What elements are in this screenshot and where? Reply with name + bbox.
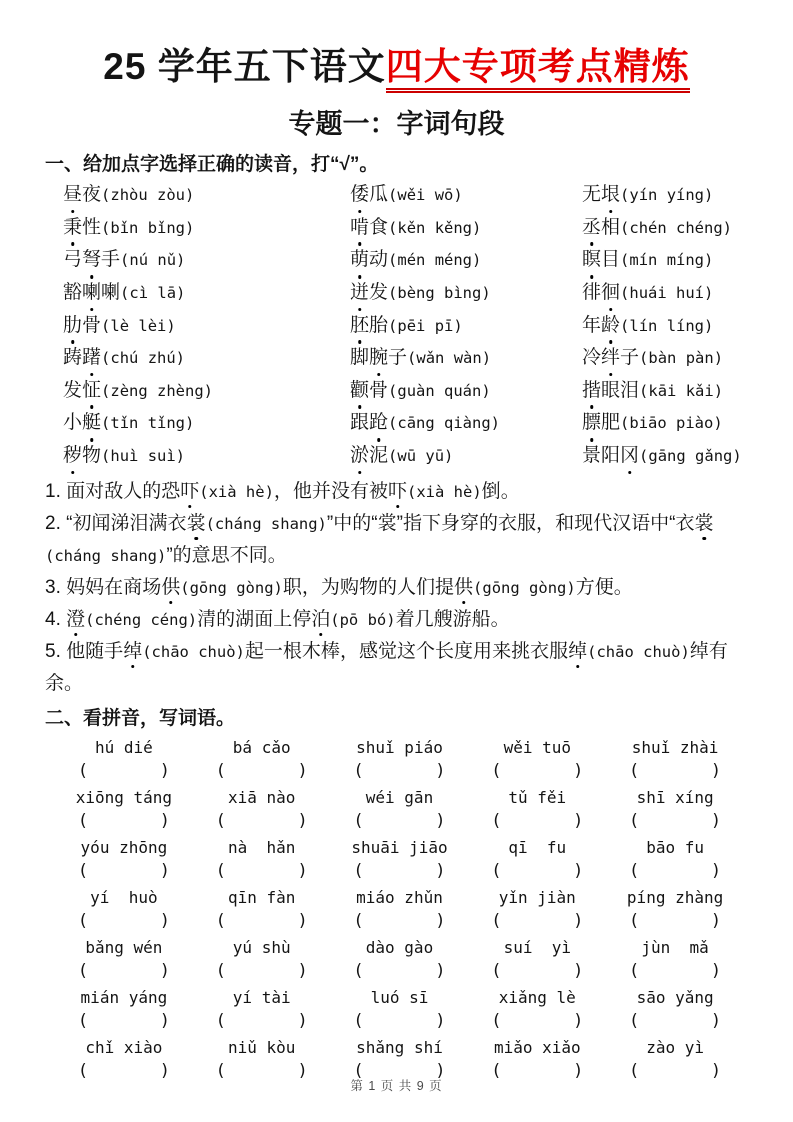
- pinyin-cell: miáo zhǔn( ): [331, 885, 469, 935]
- pinyin-word: chǐ xiào: [55, 1036, 193, 1060]
- word-item: 跟跄(cāng qiàng): [350, 407, 582, 440]
- pinyin-cell: bǎng wén( ): [55, 935, 193, 985]
- sentence: 1. 面对敌人的恐吓(xià hè)，他并没有被吓(xià hè)倒。: [45, 476, 748, 508]
- emphasized-character: 倭: [350, 179, 369, 212]
- pinyin-cell: yú shù( ): [193, 935, 331, 985]
- pinyin-cell: yóu zhōng( ): [55, 835, 193, 885]
- sentence: 5. 他随手绰(chāo chuò)起一根木棒，感觉这个长度用来挑衣服绰(chā…: [45, 636, 748, 699]
- emphasized-character: 躇: [82, 342, 101, 375]
- pinyin-options: (chāo chuò): [587, 643, 690, 661]
- pinyin-options: (gōng gòng): [473, 579, 576, 597]
- pinyin-word: sāo yǎng: [606, 986, 744, 1010]
- answer-blank: ( ): [606, 960, 744, 983]
- pinyin-options: (pēi pī): [388, 317, 463, 335]
- emphasized-character: 裳: [187, 508, 206, 539]
- pinyin-word: yóu zhōng: [55, 836, 193, 860]
- pinyin-cell: xiǎng lè( ): [468, 985, 606, 1035]
- pinyin-options: (xià hè): [199, 483, 274, 501]
- pinyin-cell: hú dié( ): [55, 735, 193, 785]
- page-number: 第 1 页 共 9 页: [0, 1076, 793, 1094]
- pinyin-word: bāo fu: [606, 836, 744, 860]
- sentence: 3. 妈妈在商场供(gōng gòng)职，为购物的人们提供(gōng gòng…: [45, 572, 748, 604]
- pinyin-word: yǐn jiàn: [468, 886, 606, 910]
- pinyin-options: (chéng céng): [85, 611, 197, 629]
- pinyin-cell: shuǐ zhài( ): [606, 735, 744, 785]
- word-item: 景阳冈(gāng gǎng): [582, 440, 748, 473]
- answer-blank: ( ): [468, 960, 606, 983]
- word-item: 啃食(kěn kěng): [350, 212, 582, 245]
- pinyin-options: (zèng zhèng): [101, 382, 213, 400]
- word-item: 瞑目(mín míng): [582, 244, 748, 277]
- emphasized-character: 昼: [63, 179, 82, 212]
- emphasized-character: 腕: [369, 342, 388, 375]
- emphasized-character: 胚: [350, 310, 369, 343]
- sentence: 4. 澄(chéng céng)清的湖面上停泊(pō bó)着几艘游船。: [45, 604, 748, 636]
- page-title-red-part: 四大专项考点精炼: [386, 46, 690, 93]
- pinyin-word: hú dié: [55, 736, 193, 760]
- answer-blank: ( ): [55, 910, 193, 933]
- pinyin-options: (bèng bìng): [388, 284, 491, 302]
- answer-blank: ( ): [193, 860, 331, 883]
- pinyin-cell: xiā nào( ): [193, 785, 331, 835]
- word-item: 丞相(chén chéng): [582, 212, 748, 245]
- pinyin-word: shuǐ piáo: [331, 736, 469, 760]
- answer-blank: ( ): [468, 760, 606, 783]
- word-item: 踌躇(chú zhú): [63, 342, 350, 375]
- word-item: 秽物(huì suì): [63, 440, 350, 473]
- emphasized-character: 绰: [123, 636, 142, 667]
- pinyin-options: (wū yū): [388, 447, 453, 465]
- pinyin-options: (cháng shang): [45, 547, 166, 565]
- pinyin-word: miǎo xiǎo: [468, 1036, 606, 1060]
- pinyin-cell: jùn mǎ( ): [606, 935, 744, 985]
- word-item: 无垠(yín yíng): [582, 179, 748, 212]
- worksheet-page: 25 学年五下语文四大专项考点精炼 专题一：字词句段 一、给加点字选择正确的读音…: [0, 0, 793, 1122]
- pinyin-cell: shuāi jiāo( ): [331, 835, 469, 885]
- section1-heading: 一、给加点字选择正确的读音，打“√”。: [45, 149, 748, 176]
- pinyin-options: (guàn quán): [388, 382, 491, 400]
- pinyin-options: (wǎn wàn): [407, 349, 491, 367]
- emphasized-character: 揩: [582, 375, 601, 408]
- emphasized-character: 垠: [601, 179, 620, 212]
- answer-blank: ( ): [193, 760, 331, 783]
- word-item: 脚腕子(wǎn wàn): [350, 342, 582, 375]
- pinyin-word: xiōng táng: [55, 786, 193, 810]
- emphasized-character: 秉: [63, 212, 82, 245]
- answer-blank: ( ): [331, 910, 469, 933]
- pinyin-cell: mián yáng( ): [55, 985, 193, 1035]
- word-item: 秉性(bǐn bǐng): [63, 212, 350, 245]
- pinyin-word: shī xíng: [606, 786, 744, 810]
- emphasized-character: 瞑: [582, 244, 601, 277]
- pinyin-options: (cāng qiàng): [388, 414, 500, 432]
- pinyin-options: (chén chéng): [620, 219, 732, 237]
- emphasized-character: 肋: [63, 310, 82, 343]
- answer-blank: ( ): [331, 1010, 469, 1033]
- answer-blank: ( ): [55, 1010, 193, 1033]
- answer-blank: ( ): [193, 960, 331, 983]
- word-item: 肋骨(lè lèi): [63, 310, 350, 343]
- emphasized-character: 泊: [311, 604, 330, 635]
- word-item: 豁喇喇(cì lā): [63, 277, 350, 310]
- pinyin-word: píng zhàng: [606, 886, 744, 910]
- word-item: 冷绊子(bàn pàn): [582, 342, 748, 375]
- emphasized-character: 膘: [582, 407, 601, 440]
- pinyin-word: shuāi jiāo: [331, 836, 469, 860]
- emphasized-character: 啃: [350, 212, 369, 245]
- pinyin-cell: luó sī( ): [331, 985, 469, 1035]
- answer-blank: ( ): [468, 860, 606, 883]
- answer-blank: ( ): [606, 760, 744, 783]
- pinyin-word: yú shù: [193, 936, 331, 960]
- answer-blank: ( ): [331, 960, 469, 983]
- pinyin-options: (bǐn bǐng): [101, 219, 194, 237]
- pinyin-options: (chāo chuò): [142, 643, 245, 661]
- emphasized-character: 喇: [82, 277, 101, 310]
- emphasized-character: 萌: [350, 244, 369, 277]
- pinyin-cell: wěi tuō( ): [468, 735, 606, 785]
- pinyin-word: shǎng shí: [331, 1036, 469, 1060]
- pinyin-options: (chú zhú): [101, 349, 185, 367]
- emphasized-character: 冈: [620, 440, 639, 473]
- pinyin-word: xiā nào: [193, 786, 331, 810]
- pinyin-options: (mín míng): [620, 251, 713, 269]
- emphasized-character: 丞: [582, 212, 601, 245]
- emphasized-character: 艇: [82, 407, 101, 440]
- emphasized-character: 淤: [350, 440, 369, 473]
- pinyin-options: (nú nǔ): [120, 251, 185, 269]
- emphasized-character: 吓: [388, 476, 407, 507]
- word-item: 颧骨(guàn quán): [350, 375, 582, 408]
- pinyin-word: bǎng wén: [55, 936, 193, 960]
- pinyin-options: (gōng gòng): [180, 579, 283, 597]
- pinyin-cell: qīn fàn( ): [193, 885, 331, 935]
- pinyin-cell: nà hǎn( ): [193, 835, 331, 885]
- answer-blank: ( ): [606, 810, 744, 833]
- pinyin-word: qī fu: [468, 836, 606, 860]
- answer-blank: ( ): [606, 860, 744, 883]
- pinyin-options: (huì suì): [101, 447, 185, 465]
- sentence: 2. “初闻涕泪满衣裳(cháng shang)”中的“裳”指下身穿的衣服，和现…: [45, 508, 748, 572]
- sentence-list: 1. 面对敌人的恐吓(xià hè)，他并没有被吓(xià hè)倒。2. “初…: [45, 476, 748, 699]
- pinyin-cell: yí tài( ): [193, 985, 331, 1035]
- answer-blank: ( ): [193, 910, 331, 933]
- word-item: 淤泥(wū yū): [350, 440, 582, 473]
- pinyin-cell: yí huò( ): [55, 885, 193, 935]
- pinyin-options: (cháng shang): [206, 515, 327, 533]
- pinyin-word: wéi gān: [331, 786, 469, 810]
- word-item: 迸发(bèng bìng): [350, 277, 582, 310]
- answer-blank: ( ): [331, 860, 469, 883]
- word-item: 弓弩手(nú nǔ): [63, 244, 350, 277]
- pinyin-word: niǔ kòu: [193, 1036, 331, 1060]
- pinyin-options: (lín líng): [620, 317, 713, 335]
- pinyin-word: luó sī: [331, 986, 469, 1010]
- answer-blank: ( ): [606, 910, 744, 933]
- pinyin-cell: sāo yǎng( ): [606, 985, 744, 1035]
- pinyin-word: xiǎng lè: [468, 986, 606, 1010]
- pinyin-word: qīn fàn: [193, 886, 331, 910]
- topic-subtitle: 专题一：字词句段: [45, 102, 748, 141]
- pinyin-options: (huái huí): [620, 284, 713, 302]
- answer-blank: ( ): [468, 910, 606, 933]
- pinyin-word: mián yáng: [55, 986, 193, 1010]
- answer-blank: ( ): [55, 860, 193, 883]
- pinyin-word: miáo zhǔn: [331, 886, 469, 910]
- emphasized-character: 供: [454, 572, 473, 603]
- pinyin-writing-grid: hú dié( )bá cǎo( )shuǐ piáo( )wěi tuō( )…: [55, 735, 744, 1085]
- emphasized-character: 怔: [82, 375, 101, 408]
- pinyin-options: (cì lā): [120, 284, 185, 302]
- pinyin-word: yí huò: [55, 886, 193, 910]
- pinyin-word: shuǐ zhài: [606, 736, 744, 760]
- pinyin-cell: bá cǎo( ): [193, 735, 331, 785]
- pinyin-word: dào gào: [331, 936, 469, 960]
- answer-blank: ( ): [468, 810, 606, 833]
- pinyin-options: (lè lèi): [101, 317, 176, 335]
- pinyin-word: bá cǎo: [193, 736, 331, 760]
- emphasized-character: 跄: [369, 407, 388, 440]
- emphasized-character: 迸: [350, 277, 369, 310]
- answer-blank: ( ): [55, 760, 193, 783]
- word-item: 发怔(zèng zhèng): [63, 375, 350, 408]
- pinyin-options: (bàn pàn): [639, 349, 723, 367]
- pinyin-cell: dào gào( ): [331, 935, 469, 985]
- emphasized-character: 秽: [63, 440, 82, 473]
- pinyin-cell: qī fu( ): [468, 835, 606, 885]
- pinyin-cell: píng zhàng( ): [606, 885, 744, 935]
- pinyin-options: (zhòu zòu): [101, 186, 194, 204]
- pinyin-word: suí yì: [468, 936, 606, 960]
- section2-heading: 二、看拼音，写词语。: [45, 703, 748, 730]
- word-item: 昼夜(zhòu zòu): [63, 179, 350, 212]
- emphasized-character: 澄: [66, 604, 85, 635]
- pinyin-options: (biāo piào): [620, 414, 723, 432]
- pinyin-cell: shuǐ piáo( ): [331, 735, 469, 785]
- pinyin-cell: tǔ fěi( ): [468, 785, 606, 835]
- pinyin-options: (yín yíng): [620, 186, 713, 204]
- word-item: 胚胎(pēi pī): [350, 310, 582, 343]
- answer-blank: ( ): [606, 1010, 744, 1033]
- pinyin-word: jùn mǎ: [606, 936, 744, 960]
- emphasized-character: 裳: [695, 508, 714, 539]
- pinyin-cell: suí yì( ): [468, 935, 606, 985]
- pinyin-options: (tǐn tǐng): [101, 414, 194, 432]
- answer-blank: ( ): [331, 760, 469, 783]
- emphasized-character: 供: [161, 572, 180, 603]
- emphasized-character: 颧: [350, 375, 369, 408]
- pinyin-word: tǔ fěi: [468, 786, 606, 810]
- answer-blank: ( ): [468, 1010, 606, 1033]
- answer-blank: ( ): [331, 810, 469, 833]
- word-item: 萌动(mén méng): [350, 244, 582, 277]
- word-item: 徘徊(huái huí): [582, 277, 748, 310]
- pinyin-options: (pō bó): [330, 611, 395, 629]
- pinyin-cell: yǐn jiàn( ): [468, 885, 606, 935]
- emphasized-character: 弩: [82, 244, 101, 277]
- pinyin-options: (kāi kǎi): [639, 382, 723, 400]
- word-item: 揩眼泪(kāi kǎi): [582, 375, 748, 408]
- answer-blank: ( ): [193, 1010, 331, 1033]
- emphasized-character: 徊: [601, 277, 620, 310]
- pinyin-options: (wěi wō): [388, 186, 463, 204]
- word-item: 倭瓜(wěi wō): [350, 179, 582, 212]
- pinyin-options: (xià hè): [407, 483, 482, 501]
- pinyin-options: (kěn kěng): [388, 219, 481, 237]
- answer-blank: ( ): [55, 960, 193, 983]
- pinyin-cell: shī xíng( ): [606, 785, 744, 835]
- pinyin-word: zào yì: [606, 1036, 744, 1060]
- word-item: 年龄(lín líng): [582, 310, 748, 343]
- pinyin-cell: wéi gān( ): [331, 785, 469, 835]
- pinyin-options: (gāng gǎng): [639, 447, 742, 465]
- emphasized-character: 龄: [601, 310, 620, 343]
- answer-blank: ( ): [55, 810, 193, 833]
- pinyin-word: nà hǎn: [193, 836, 331, 860]
- pinyin-word: yí tài: [193, 986, 331, 1010]
- answer-blank: ( ): [193, 810, 331, 833]
- word-item: 膘肥(biāo piào): [582, 407, 748, 440]
- pinyin-word: wěi tuō: [468, 736, 606, 760]
- emphasized-character: 绊: [601, 342, 620, 375]
- page-title: 25 学年五下语文四大专项考点精炼: [45, 44, 748, 90]
- word-pronunciation-list: 昼夜(zhòu zòu)倭瓜(wěi wō)无垠(yín yíng)秉性(bǐn…: [63, 179, 748, 472]
- page-title-black-part: 25 学年五下语文: [103, 46, 385, 87]
- pinyin-options: (mén méng): [388, 251, 481, 269]
- emphasized-character: 绰: [568, 636, 587, 667]
- pinyin-cell: xiōng táng( ): [55, 785, 193, 835]
- emphasized-character: 吓: [180, 476, 199, 507]
- word-item: 小艇(tǐn tǐng): [63, 407, 350, 440]
- pinyin-cell: bāo fu( ): [606, 835, 744, 885]
